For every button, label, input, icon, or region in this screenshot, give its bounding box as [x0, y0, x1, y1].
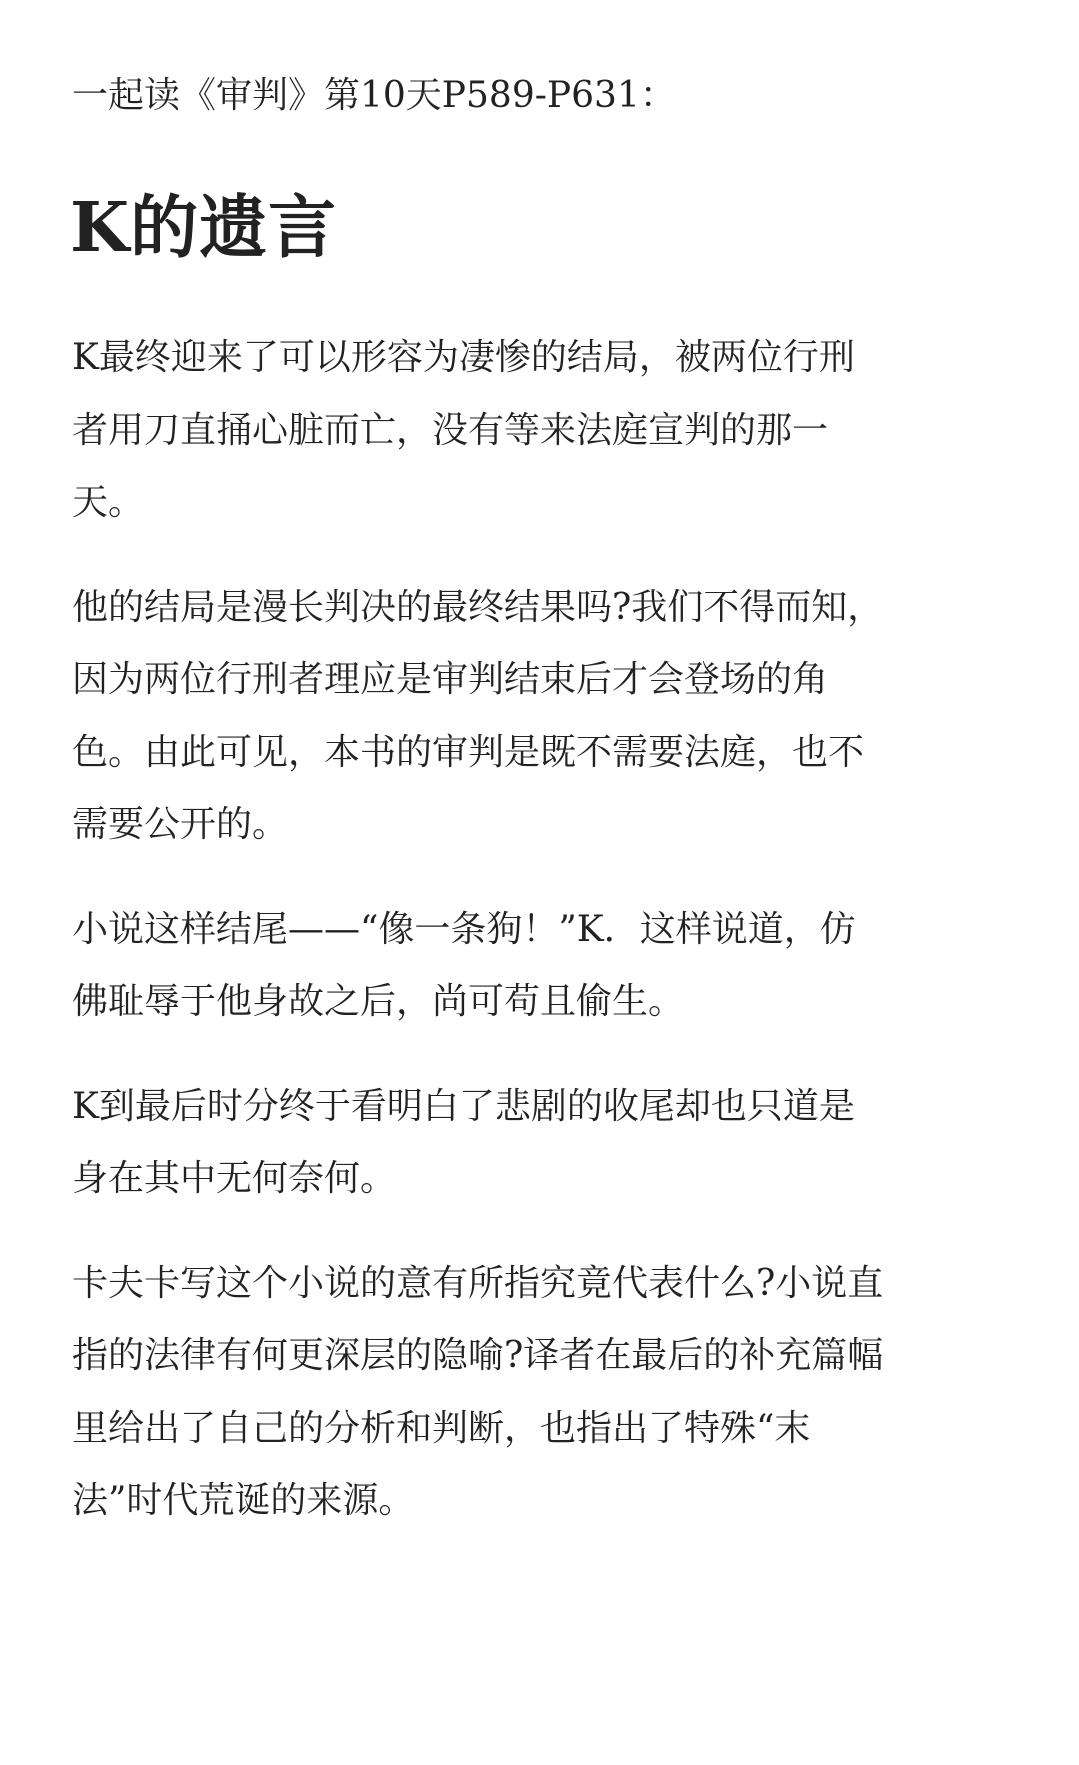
paragraph-5: 卡夫卡写这个小说的意有所指究竟代表什么?小说直 指的法律有何更深层的隐喻?译者在…	[72, 1248, 1012, 1538]
paragraph-line: K到最后时分终于看明白了悲剧的收尾却也只道是	[72, 1071, 1012, 1144]
article-title: K的遗言	[70, 188, 337, 268]
paragraph-line: 因为两位行刑者理应是审判结束后才会登场的角	[72, 644, 1012, 717]
paragraph-line: 身在其中无何奈何。	[72, 1143, 1012, 1216]
paragraph-2: 他的结局是漫长判决的最终结果吗?我们不得而知， 因为两位行刑者理应是审判结束后才…	[72, 572, 1012, 862]
paragraph-line: 里给出了自己的分析和判断，也指出了特殊“末	[72, 1393, 1012, 1466]
paragraph-line: 小说这样结尾——“像一条狗！”K．这样说道，仿	[72, 894, 1012, 967]
article-body: K最终迎来了可以形容为凄惨的结局，被两位行刑 者用刀直捅心脏而亡，没有等来法庭宣…	[72, 322, 1012, 1570]
paragraph-line: 色。由此可见，本书的审判是既不需要法庭，也不	[72, 717, 1012, 790]
paragraph-line: 者用刀直捅心脏而亡，没有等来法庭宣判的那一	[72, 395, 1012, 468]
article-subtitle: 一起读《审判》第10天P589-P631：	[72, 72, 676, 120]
paragraph-3: 小说这样结尾——“像一条狗！”K．这样说道，仿 佛耻辱于他身故之后，尚可苟且偷生…	[72, 894, 1012, 1039]
paragraph-4: K到最后时分终于看明白了悲剧的收尾却也只道是 身在其中无何奈何。	[72, 1071, 1012, 1216]
paragraph-line: 法”时代荒诞的来源。	[72, 1465, 1012, 1538]
paragraph-line: 他的结局是漫长判决的最终结果吗?我们不得而知，	[72, 572, 1012, 645]
paragraph-line: 需要公开的。	[72, 789, 1012, 862]
paragraph-line: K最终迎来了可以形容为凄惨的结局，被两位行刑	[72, 322, 1012, 395]
paragraph-line: 佛耻辱于他身故之后，尚可苟且偷生。	[72, 966, 1012, 1039]
paragraph-line: 卡夫卡写这个小说的意有所指究竟代表什么?小说直	[72, 1248, 1012, 1321]
paragraph-line: 指的法律有何更深层的隐喻?译者在最后的补充篇幅	[72, 1320, 1012, 1393]
paragraph-1: K最终迎来了可以形容为凄惨的结局，被两位行刑 者用刀直捅心脏而亡，没有等来法庭宣…	[72, 322, 1012, 540]
paragraph-line: 天。	[72, 467, 1012, 540]
